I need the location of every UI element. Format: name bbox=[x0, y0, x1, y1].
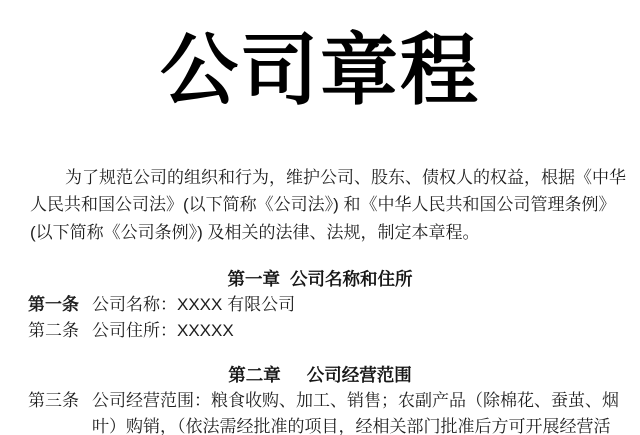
chapter-title: 公司名称和住所 bbox=[290, 269, 413, 289]
chapter-number: 第二章 bbox=[228, 365, 281, 385]
article-label: 第三条 bbox=[28, 388, 79, 414]
intro-paragraph: 为了规范公司的组织和行为，维护公司、股东、债权人的权益，根据《中华 人民共和国公… bbox=[30, 164, 614, 247]
article-text: 公司经营范围：粮食收购、加工、销售；农副产品（除棉花、蚕茧、烟 叶）购销，（依法… bbox=[92, 388, 630, 435]
chapter-number: 第一章 bbox=[228, 269, 281, 289]
intro-line: (以下简称《公司条例》) 及相关的法律、法规，制定本章程。 bbox=[30, 219, 614, 247]
article-row-3: 第三条 公司经营范围：粮食收购、加工、销售；农副产品（除棉花、蚕茧、烟 叶）购销… bbox=[28, 388, 630, 435]
intro-line: 为了规范公司的组织和行为，维护公司、股东、债权人的权益，根据《中华 bbox=[30, 164, 614, 192]
document-title: 公司章程 bbox=[0, 24, 640, 118]
chapter-heading-2: 第二章公司经营范围 bbox=[0, 362, 640, 388]
article-label: 第二条 bbox=[28, 318, 79, 344]
document-page: 公司章程 为了规范公司的组织和行为，维护公司、股东、债权人的权益，根据《中华 人… bbox=[0, 0, 640, 435]
article-text: 公司名称：XXXX 有限公司 bbox=[92, 292, 630, 318]
article-line: 公司经营范围：粮食收购、加工、销售；农副产品（除棉花、蚕茧、烟 bbox=[92, 388, 630, 414]
article-text: 公司住所：XXXXX bbox=[92, 318, 630, 344]
intro-line: 人民共和国公司法》(以下简称《公司法》) 和《中华人民共和国公司管理条例》 bbox=[30, 191, 614, 219]
article-label: 第一条 bbox=[28, 292, 79, 318]
chapter-heading-1: 第一章公司名称和住所 bbox=[0, 266, 640, 292]
article-row-2: 第二条 公司住所：XXXXX bbox=[28, 318, 630, 344]
article-line: 叶）购销，（依法需经批准的项目，经相关部门批准后方可开展经营活 bbox=[92, 414, 630, 435]
chapter-title: 公司经营范围 bbox=[307, 365, 412, 385]
article-row-1: 第一条 公司名称：XXXX 有限公司 bbox=[28, 292, 630, 318]
